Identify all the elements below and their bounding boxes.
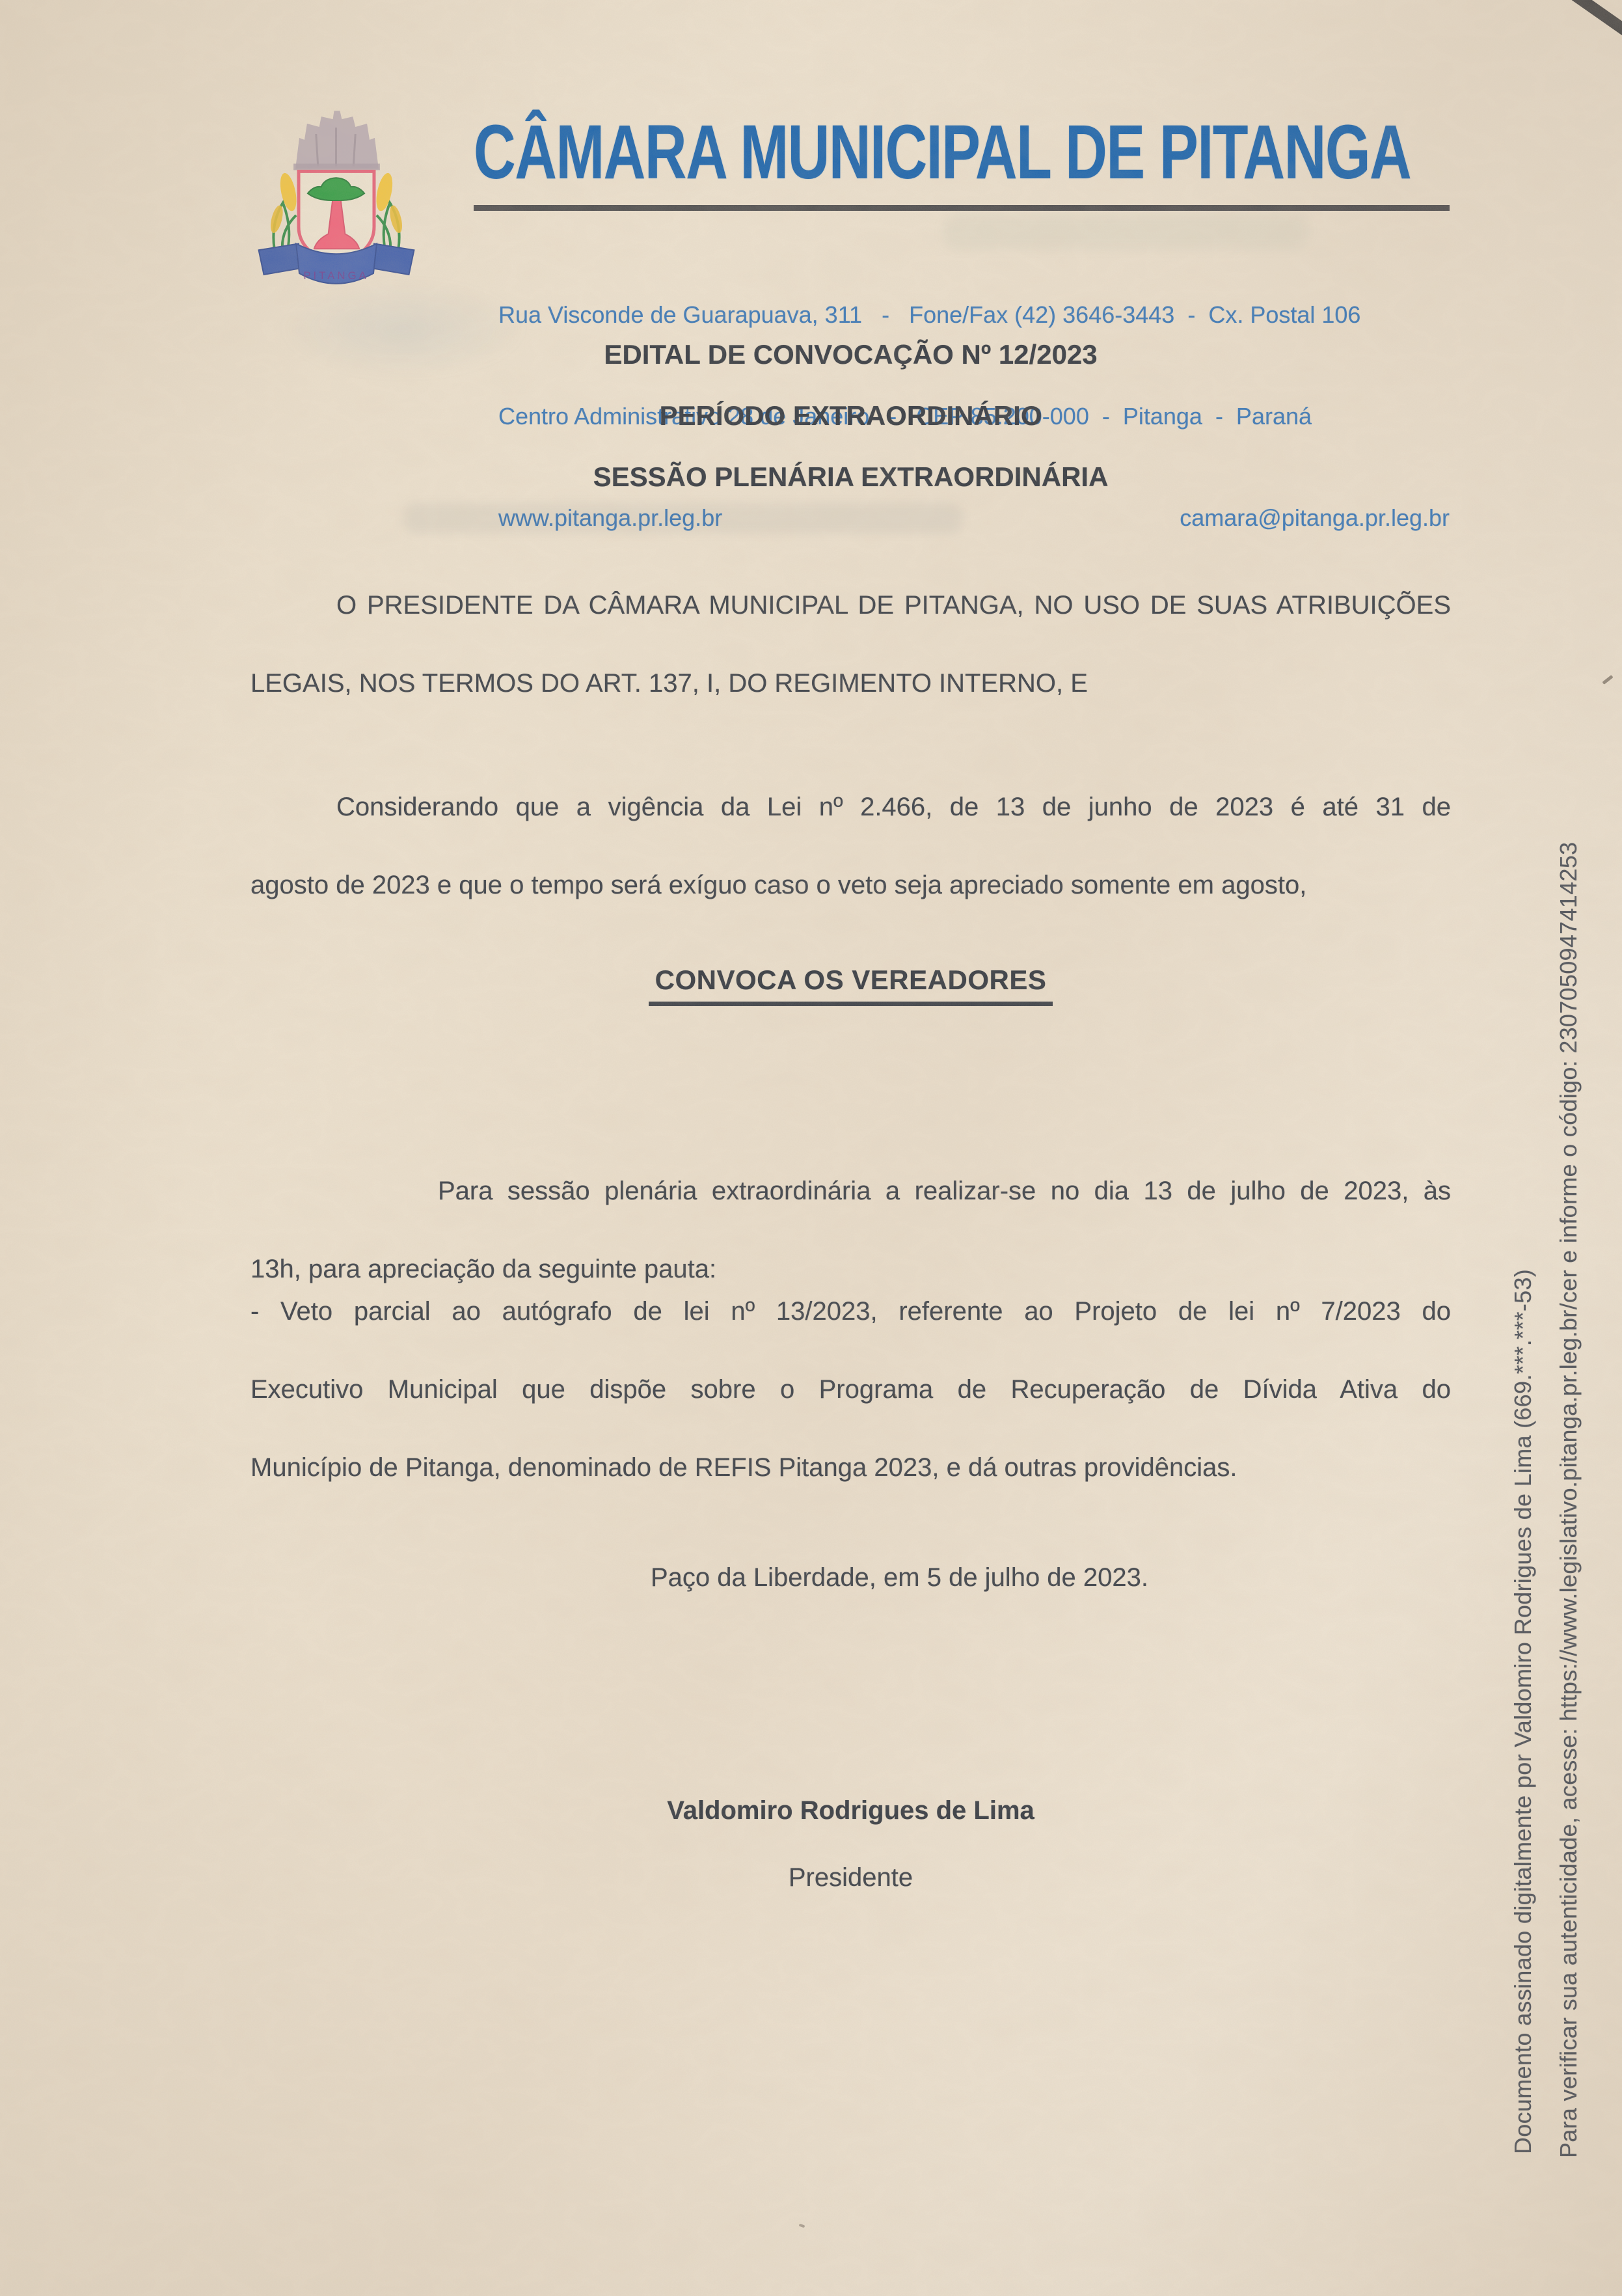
session-line: Para sessão plenária extraordinária a re… bbox=[250, 1152, 1451, 1230]
session-subtitle: SESSÃO PLENÁRIA EXTRAORDINÁRIA bbox=[250, 446, 1451, 508]
convocation-heading: CONVOCA OS VEREADORES bbox=[250, 964, 1451, 996]
agenda-item-paragraph: - Veto parcial ao autógrafo de lei nº 13… bbox=[250, 1272, 1451, 1507]
scanned-document-page: PITANGA CÂMARA MUNICIPAL DE PITANGA Rua … bbox=[0, 0, 1622, 2296]
digital-signature-line: Documento assinado digitalmente por Vald… bbox=[1509, 1269, 1537, 2154]
agenda-line: Município de Pitanga, denominado de REFI… bbox=[250, 1428, 1451, 1507]
scan-corner-mark bbox=[1571, 0, 1622, 40]
convocation-heading-text: CONVOCA OS VEREADORES bbox=[649, 964, 1053, 1006]
signature-block: Valdomiro Rodrigues de Lima Presidente bbox=[250, 1796, 1451, 1893]
preamble-line: O PRESIDENTE DA CÂMARA MUNICIPAL DE PITA… bbox=[250, 566, 1451, 644]
period-subtitle: PERÍODO EXTRAORDINÁRIO bbox=[250, 385, 1451, 446]
preamble-paragraph: O PRESIDENTE DA CÂMARA MUNICIPAL DE PITA… bbox=[250, 566, 1451, 722]
signatory-name: Valdomiro Rodrigues de Lima bbox=[250, 1796, 1451, 1825]
document-title-block: EDITAL DE CONVOCAÇÃO Nº 12/2023 PERÍODO … bbox=[250, 324, 1451, 508]
dateline: Paço da Liberdade, em 5 de julho de 2023… bbox=[250, 1563, 1451, 1592]
signature-verification-line: Para verificar sua autenticidade, acesse… bbox=[1555, 842, 1582, 2158]
considering-line: Considerando que a vigência da Lei nº 2.… bbox=[250, 768, 1451, 846]
signatory-title: Presidente bbox=[250, 1863, 1451, 1893]
edital-title: EDITAL DE CONVOCAÇÃO Nº 12/2023 bbox=[250, 324, 1451, 385]
paper-speck bbox=[1602, 675, 1613, 685]
document-body: EDITAL DE CONVOCAÇÃO Nº 12/2023 PERÍODO … bbox=[250, 0, 1451, 2296]
paper-speck bbox=[893, 1394, 897, 1398]
agenda-line: Executivo Municipal que dispõe sobre o P… bbox=[250, 1350, 1451, 1428]
considering-paragraph: Considerando que a vigência da Lei nº 2.… bbox=[250, 768, 1451, 924]
agenda-line: - Veto parcial ao autógrafo de lei nº 13… bbox=[250, 1272, 1451, 1350]
considering-line: agosto de 2023 e que o tempo será exíguo… bbox=[250, 846, 1451, 924]
preamble-line: LEGAIS, NOS TERMOS DO ART. 137, I, DO RE… bbox=[250, 644, 1451, 722]
